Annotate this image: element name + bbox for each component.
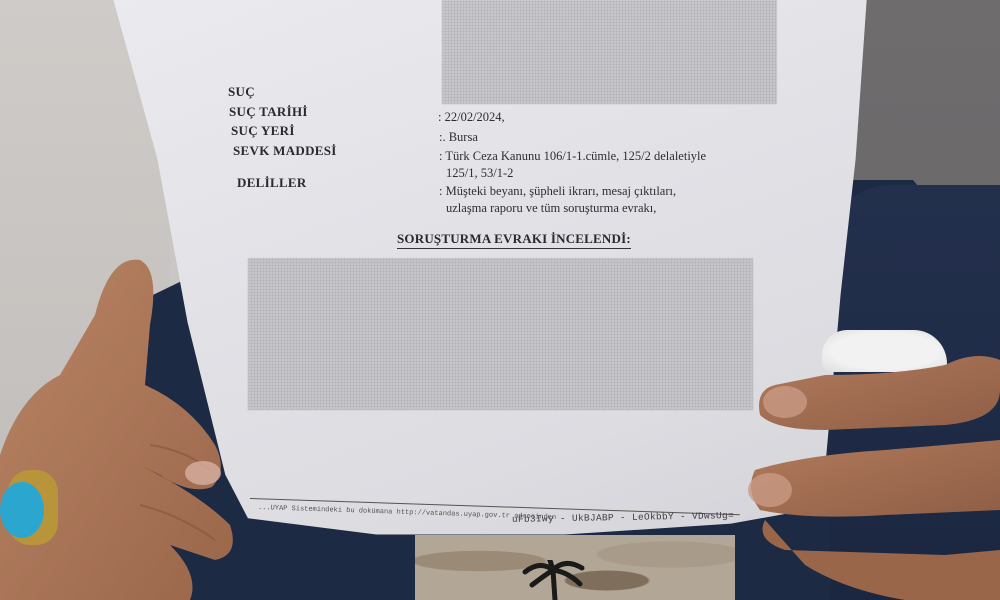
label-deliller: DELİLLER: [237, 175, 307, 191]
left-hand: [0, 255, 260, 600]
label-suc: SUÇ: [228, 84, 255, 100]
redacted-header-details: [442, 0, 777, 104]
value-sevk-maddesi-line2: 125/1, 53/1-2: [446, 166, 513, 181]
value-suc-yeri: :. Bursa: [439, 130, 478, 145]
value-sevk-maddesi: : Türk Ceza Kanunu 106/1-1.cümle, 125/2 …: [439, 149, 706, 164]
value-suc-tarihi: : 22/02/2024,: [438, 110, 505, 125]
label-suc-yeri: SUÇ YERİ: [231, 123, 295, 139]
label-suc-tarihi: SUÇ TARİHİ: [229, 104, 308, 120]
label-sevk-maddesi: SEVK MADDESİ: [233, 143, 337, 159]
right-hand: [745, 330, 1000, 600]
palm-tree-print: [520, 560, 590, 600]
